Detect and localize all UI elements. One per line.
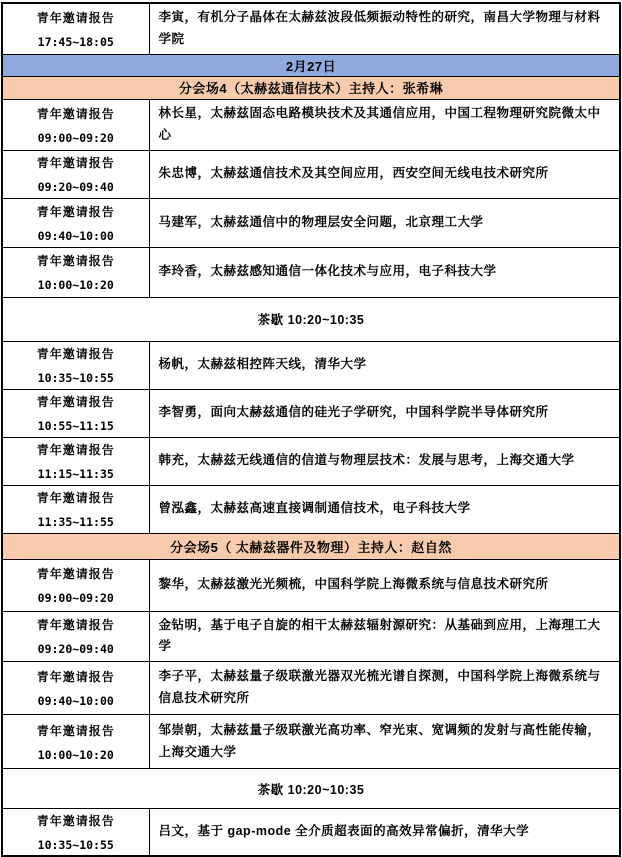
talk-type-label: 青年邀请报告 — [37, 441, 115, 458]
talk-type-time-cell: 青年邀请报告 11:15~11:35 — [2, 437, 149, 485]
table-row: 青年邀请报告 17:45~18:05 李寅，有机分子晶体在太赫兹波段低频振动特性… — [2, 3, 620, 54]
talk-time: 10:55~11:15 — [38, 419, 114, 433]
talk-time: 10:35~10:55 — [38, 371, 114, 385]
talk-type-label: 青年邀请报告 — [37, 154, 115, 171]
talk-type-time-cell: 青年邀请报告 17:45~18:05 — [2, 3, 149, 54]
table-row: 青年邀请报告 11:35~11:55 曾泓鑫，太赫兹高速直接调制通信技术，电子科… — [2, 485, 620, 533]
talk-content: 曾泓鑫，太赫兹高速直接调制通信技术，电子科技大学 — [149, 485, 620, 533]
talk-time: 10:00~10:20 — [38, 278, 114, 292]
talk-content: 李智勇，面向太赫兹通信的硅光子学研究，中国科学院半导体研究所 — [149, 389, 620, 437]
tea-break-label: 茶歇 10:20~10:35 — [2, 769, 620, 809]
talk-time: 10:00~10:20 — [38, 748, 114, 762]
talk-type-label: 青年邀请报告 — [37, 565, 115, 582]
session-header: 分会场4（太赫兹通信技术）主持人：张希琳 — [2, 76, 620, 99]
talk-type-label: 青年邀请报告 — [37, 489, 115, 506]
table-row: 青年邀请报告 09:00~09:20 黎华，太赫兹激光光频梳，中国科学院上海微系… — [2, 559, 620, 611]
talk-type-time-cell: 青年邀请报告 10:55~11:15 — [2, 389, 149, 437]
table-row: 青年邀请报告 10:35~10:55 杨帆，太赫兹相控阵天线，清华大学 — [2, 341, 620, 389]
talk-type-time-cell: 青年邀请报告 10:35~10:55 — [2, 341, 149, 389]
talk-type-label: 青年邀请报告 — [37, 812, 115, 829]
session-header-row: 分会场5（ 太赫兹器件及物理）主持人：赵自然 — [2, 533, 620, 559]
talk-type-time-cell: 青年邀请报告 10:35~10:55 — [2, 809, 149, 856]
talk-time: 17:45~18:05 — [38, 35, 114, 49]
talk-type-time-cell: 青年邀请报告 10:00~10:20 — [2, 715, 149, 769]
tea-break-row: 茶歇 10:20~10:35 — [2, 297, 620, 341]
table-row: 青年邀请报告 09:40~10:00 李子平，太赫兹量子级联激光器双光梳光谱自探… — [2, 662, 620, 715]
table-row: 青年邀请报告 09:20~09:40 金钻明，基于电子自旋的相干太赫兹辐射源研究… — [2, 611, 620, 662]
table-row: 青年邀请报告 09:20~09:40 朱忠博，太赫兹通信技术及其空间应用，西安空… — [2, 150, 620, 198]
talk-type-time-cell: 青年邀请报告 10:00~10:20 — [2, 247, 149, 297]
session-header-row: 分会场4（太赫兹通信技术）主持人：张希琳 — [2, 76, 620, 99]
session-header: 分会场5（ 太赫兹器件及物理）主持人：赵自然 — [2, 533, 620, 559]
talk-content: 李玲香，太赫兹感知通信一体化技术与应用，电子科技大学 — [149, 247, 620, 297]
talk-type-time-cell: 青年邀请报告 09:40~10:00 — [2, 662, 149, 715]
talk-content: 李寅，有机分子晶体在太赫兹波段低频振动特性的研究，南昌大学物理与材料学院 — [149, 3, 620, 54]
talk-type-label: 青年邀请报告 — [37, 9, 115, 26]
talk-type-time-cell: 青年邀请报告 09:00~09:20 — [2, 99, 149, 150]
talk-type-label: 青年邀请报告 — [37, 668, 115, 685]
talk-content: 金钻明，基于电子自旋的相干太赫兹辐射源研究：从基础到应用，上海理工大学 — [149, 611, 620, 662]
talk-type-label: 青年邀请报告 — [37, 105, 115, 122]
talk-type-label: 青年邀请报告 — [37, 345, 115, 362]
talk-content: 朱忠博，太赫兹通信技术及其空间应用，西安空间无线电技术研究所 — [149, 150, 620, 198]
talk-content: 韩充，太赫兹无线通信的信道与物理层技术：发展与思考，上海交通大学 — [149, 437, 620, 485]
talk-type-label: 青年邀请报告 — [37, 203, 115, 220]
talk-type-label: 青年邀请报告 — [37, 252, 115, 269]
talk-time: 10:35~10:55 — [38, 838, 114, 852]
schedule-table: 青年邀请报告 17:45~18:05 李寅，有机分子晶体在太赫兹波段低频振动特性… — [1, 2, 621, 857]
date-header: 2月27日 — [2, 54, 620, 76]
talk-type-label: 青年邀请报告 — [37, 393, 115, 410]
table-row: 青年邀请报告 10:55~11:15 李智勇，面向太赫兹通信的硅光子学研究，中国… — [2, 389, 620, 437]
talk-time: 11:15~11:35 — [38, 467, 114, 481]
tea-break-label: 茶歇 10:20~10:35 — [2, 297, 620, 341]
table-row: 青年邀请报告 11:15~11:35 韩充，太赫兹无线通信的信道与物理层技术：发… — [2, 437, 620, 485]
talk-time: 09:00~09:20 — [38, 131, 114, 145]
date-header-row: 2月27日 — [2, 54, 620, 76]
talk-time: 11:35~11:55 — [38, 515, 114, 529]
talk-content: 吕文，基于 gap-mode 全介质超表面的高效异常偏折，清华大学 — [149, 809, 620, 856]
talk-type-label: 青年邀请报告 — [37, 722, 115, 739]
talk-content: 杨帆，太赫兹相控阵天线，清华大学 — [149, 341, 620, 389]
talk-time: 09:00~09:20 — [38, 591, 114, 605]
table-row: 青年邀请报告 09:00~09:20 林长星，太赫兹固态电路模块技术及其通信应用… — [2, 99, 620, 150]
talk-type-time-cell: 青年邀请报告 09:00~09:20 — [2, 559, 149, 611]
table-row: 青年邀请报告 09:40~10:00 马建军，太赫兹通信中的物理层安全问题，北京… — [2, 198, 620, 247]
talk-type-label: 青年邀请报告 — [37, 616, 115, 633]
table-row: 青年邀请报告 10:35~10:55 吕文，基于 gap-mode 全介质超表面… — [2, 809, 620, 856]
talk-type-time-cell: 青年邀请报告 09:40~10:00 — [2, 198, 149, 247]
talk-time: 09:20~09:40 — [38, 180, 114, 194]
talk-content: 李子平，太赫兹量子级联激光器双光梳光谱自探测，中国科学院上海微系统与信息技术研究… — [149, 662, 620, 715]
talk-content: 黎华，太赫兹激光光频梳，中国科学院上海微系统与信息技术研究所 — [149, 559, 620, 611]
table-row: 青年邀请报告 10:00~10:20 邹崇朝，太赫兹量子级联激光高功率、窄光束、… — [2, 715, 620, 769]
tea-break-row: 茶歇 10:20~10:35 — [2, 769, 620, 809]
talk-type-time-cell: 青年邀请报告 11:35~11:55 — [2, 485, 149, 533]
talk-type-time-cell: 青年邀请报告 09:20~09:40 — [2, 611, 149, 662]
talk-time: 09:40~10:00 — [38, 229, 114, 243]
conference-program-page: 青年邀请报告 17:45~18:05 李寅，有机分子晶体在太赫兹波段低频振动特性… — [0, 0, 622, 852]
talk-type-time-cell: 青年邀请报告 09:20~09:40 — [2, 150, 149, 198]
talk-content: 马建军，太赫兹通信中的物理层安全问题，北京理工大学 — [149, 198, 620, 247]
talk-content: 邹崇朝，太赫兹量子级联激光高功率、窄光束、宽调频的发射与高性能传输，上海交通大学 — [149, 715, 620, 769]
talk-content: 林长星，太赫兹固态电路模块技术及其通信应用，中国工程物理研究院微太中心 — [149, 99, 620, 150]
table-row: 青年邀请报告 10:00~10:20 李玲香，太赫兹感知通信一体化技术与应用，电… — [2, 247, 620, 297]
talk-time: 09:20~09:40 — [38, 642, 114, 656]
talk-time: 09:40~10:00 — [38, 694, 114, 708]
